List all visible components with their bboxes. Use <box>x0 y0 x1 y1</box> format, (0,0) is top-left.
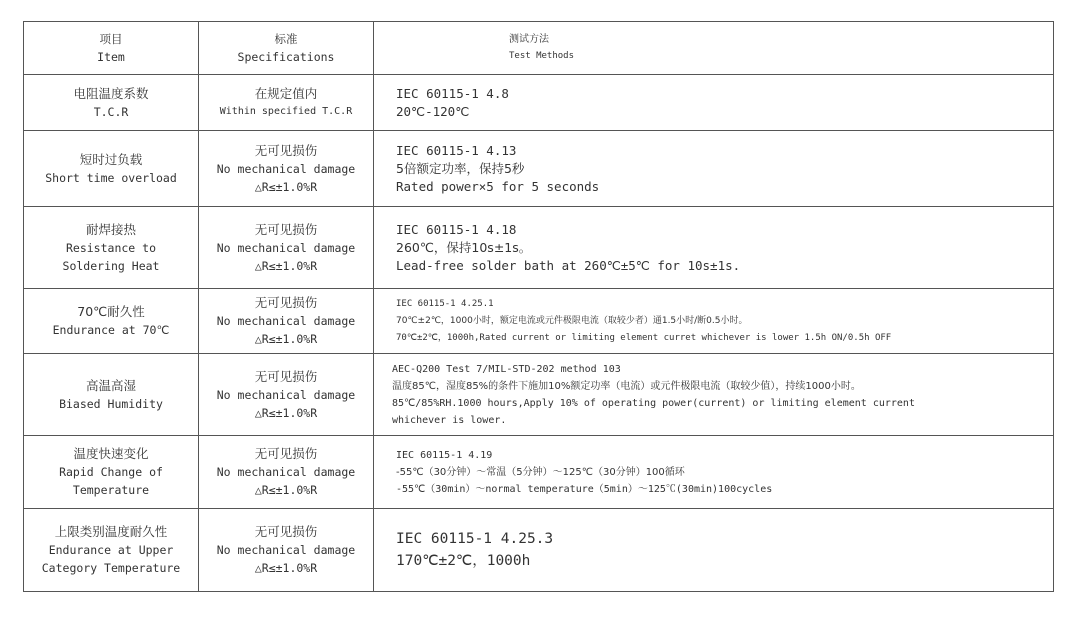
item-zh: 电阻温度系数 <box>24 85 198 103</box>
method-line: 70℃±2℃，1000h,Rated current or limiting e… <box>396 330 1053 347</box>
method-line: 85℃/85%RH.1000 hours,Apply 10% of operat… <box>392 395 1053 412</box>
spec-cell: 无可见损伤 No mechanical damage △R≤±1.0%R <box>199 509 374 592</box>
item-en: Soldering Heat <box>24 257 198 275</box>
spec-tolerance: △R≤±1.0%R <box>199 404 373 422</box>
spec-tolerance: △R≤±1.0%R <box>199 559 373 577</box>
spec-zh: 在规定值内 <box>199 85 373 103</box>
header-spec-zh: 标准 <box>199 30 373 48</box>
method-line: IEC 60115-1 4.25.1 <box>396 296 1053 313</box>
spec-tolerance: △R≤±1.0%R <box>199 178 373 196</box>
table-row: 70℃耐久性 Endurance at 70℃ 无可见损伤 No mechani… <box>24 289 1054 354</box>
method-line: IEC 60115-1 4.8 <box>396 85 1053 103</box>
method-cell: IEC 60115-1 4.25.1 70℃±2℃，1000小时，额定电流或元件… <box>374 289 1054 354</box>
header-item-zh: 项目 <box>24 30 198 48</box>
table-row: 电阻温度系数 T.C.R 在规定值内 Within specified T.C.… <box>24 75 1054 131</box>
method-cell: IEC 60115-1 4.13 5倍额定功率，保持5秒 Rated power… <box>374 131 1054 207</box>
method-cell: IEC 60115-1 4.18 260℃，保持10s±1s。 Lead-fre… <box>374 207 1054 289</box>
spec-en: No mechanical damage <box>199 160 373 178</box>
item-zh: 短时过负载 <box>24 151 198 169</box>
spec-cell: 无可见损伤 No mechanical damage △R≤±1.0%R <box>199 131 374 207</box>
item-en: Short time overload <box>24 169 198 187</box>
item-zh: 耐焊接热 <box>24 221 198 239</box>
test-specifications-table: 项目 Item 标准 Specifications 测试方法 Test Meth… <box>23 21 1054 592</box>
item-zh: 高温高湿 <box>24 377 198 395</box>
header-spec-en: Specifications <box>199 48 373 66</box>
spec-tolerance: △R≤±1.0%R <box>199 257 373 275</box>
item-cell: 温度快速变化 Rapid Change of Temperature <box>24 436 199 509</box>
spec-en: Within specified T.C.R <box>199 103 373 120</box>
item-cell: 电阻温度系数 T.C.R <box>24 75 199 131</box>
method-line: AEC-Q200 Test 7/MIL-STD-202 method 103 <box>392 361 1053 378</box>
method-line: 20℃-120℃ <box>396 103 1053 121</box>
spec-zh: 无可见损伤 <box>199 445 373 463</box>
spec-en: No mechanical damage <box>199 541 373 559</box>
spec-en: No mechanical damage <box>199 463 373 481</box>
spec-zh: 无可见损伤 <box>199 294 373 312</box>
table-header-row: 项目 Item 标准 Specifications 测试方法 Test Meth… <box>24 22 1054 75</box>
item-cell: 高温高湿 Biased Humidity <box>24 354 199 436</box>
spec-tolerance: △R≤±1.0%R <box>199 481 373 499</box>
method-line: 5倍额定功率，保持5秒 <box>396 160 1053 178</box>
header-method: 测试方法 Test Methods <box>374 22 1054 75</box>
table-row: 耐焊接热 Resistance to Soldering Heat 无可见损伤 … <box>24 207 1054 289</box>
item-cell: 短时过负载 Short time overload <box>24 131 199 207</box>
method-line: IEC 60115-1 4.25.3 <box>396 528 1053 550</box>
spec-zh: 无可见损伤 <box>199 221 373 239</box>
header-item-en: Item <box>24 48 198 66</box>
spec-tolerance: △R≤±1.0%R <box>199 330 373 348</box>
spec-cell: 无可见损伤 No mechanical damage △R≤±1.0%R <box>199 289 374 354</box>
item-en: Biased Humidity <box>24 395 198 413</box>
method-cell: IEC 60115-1 4.8 20℃-120℃ <box>374 75 1054 131</box>
item-en: Temperature <box>24 481 198 499</box>
spec-cell: 无可见损伤 No mechanical damage △R≤±1.0%R <box>199 354 374 436</box>
item-en: Resistance to <box>24 239 198 257</box>
spec-en: No mechanical damage <box>199 239 373 257</box>
header-item: 项目 Item <box>24 22 199 75</box>
method-cell: IEC 60115-1 4.19 -55℃（30分钟）～常温（5分钟）～125℃… <box>374 436 1054 509</box>
header-spec: 标准 Specifications <box>199 22 374 75</box>
item-en: Endurance at Upper <box>24 541 198 559</box>
spec-zh: 无可见损伤 <box>199 142 373 160</box>
method-line: 260℃，保持10s±1s。 <box>396 239 1053 257</box>
table-row: 上限类别温度耐久性 Endurance at Upper Category Te… <box>24 509 1054 592</box>
item-zh: 温度快速变化 <box>24 445 198 463</box>
method-line: 温度85℃，湿度85%的条件下施加10%额定功率（电流）或元件极限电流（取较少值… <box>392 378 1053 395</box>
method-line: -55℃（30分钟）～常温（5分钟）～125℃（30分钟）100循环 <box>396 464 1053 481</box>
method-line: Lead-free solder bath at 260℃±5℃ for 10s… <box>396 257 1053 275</box>
item-zh: 70℃耐久性 <box>24 303 198 321</box>
spec-en: No mechanical damage <box>199 312 373 330</box>
spec-zh: 无可见损伤 <box>199 523 373 541</box>
method-line: 70℃±2℃，1000小时，额定电流或元件极限电流（取较少者）通1.5小时/断0… <box>396 313 1053 330</box>
method-line: Rated power×5 for 5 seconds <box>396 178 1053 196</box>
item-en: T.C.R <box>24 103 198 121</box>
item-cell: 70℃耐久性 Endurance at 70℃ <box>24 289 199 354</box>
item-en: Endurance at 70℃ <box>24 321 198 339</box>
method-cell: AEC-Q200 Test 7/MIL-STD-202 method 103 温… <box>374 354 1054 436</box>
spec-zh: 无可见损伤 <box>199 368 373 386</box>
table-row: 高温高湿 Biased Humidity 无可见损伤 No mechanical… <box>24 354 1054 436</box>
table-row: 短时过负载 Short time overload 无可见损伤 No mecha… <box>24 131 1054 207</box>
method-line: -55℃（30min）～normal temperature（5min）～125… <box>396 481 1053 498</box>
item-en: Category Temperature <box>24 559 198 577</box>
method-cell: IEC 60115-1 4.25.3 170℃±2℃，1000h <box>374 509 1054 592</box>
header-method-zh: 测试方法 <box>509 31 1053 48</box>
method-line: IEC 60115-1 4.13 <box>396 142 1053 160</box>
table-row: 温度快速变化 Rapid Change of Temperature 无可见损伤… <box>24 436 1054 509</box>
method-line: 170℃±2℃，1000h <box>396 550 1053 572</box>
item-en: Rapid Change of <box>24 463 198 481</box>
method-line: IEC 60115-1 4.19 <box>396 447 1053 464</box>
method-line: IEC 60115-1 4.18 <box>396 221 1053 239</box>
item-zh: 上限类别温度耐久性 <box>24 523 198 541</box>
method-line: whichever is lower. <box>392 412 1053 429</box>
spec-cell: 无可见损伤 No mechanical damage △R≤±1.0%R <box>199 436 374 509</box>
item-cell: 上限类别温度耐久性 Endurance at Upper Category Te… <box>24 509 199 592</box>
header-method-en: Test Methods <box>509 48 1053 65</box>
spec-cell: 无可见损伤 No mechanical damage △R≤±1.0%R <box>199 207 374 289</box>
item-cell: 耐焊接热 Resistance to Soldering Heat <box>24 207 199 289</box>
spec-en: No mechanical damage <box>199 386 373 404</box>
spec-cell: 在规定值内 Within specified T.C.R <box>199 75 374 131</box>
